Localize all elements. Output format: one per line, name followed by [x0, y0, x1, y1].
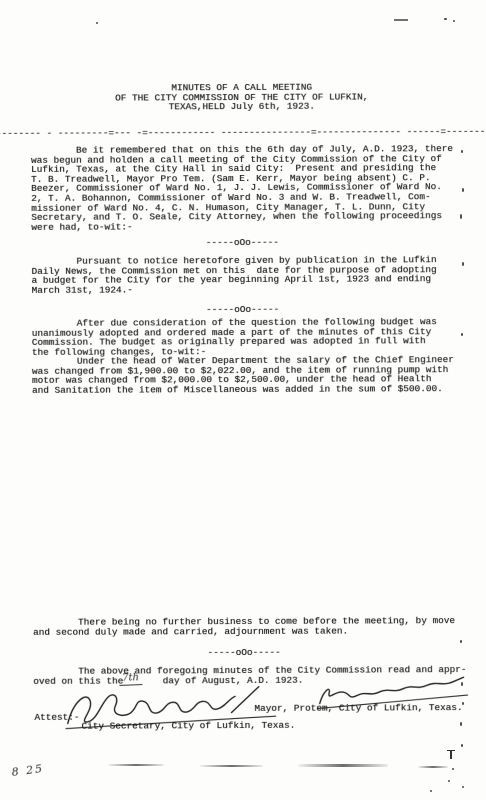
document-content: MINUTES OF A CALL MEETING OF THE CITY CO…: [0, 0, 486, 800]
scan-speck: [452, 768, 454, 770]
scan-speck: [461, 333, 463, 336]
separator-ooo-3: -----oOo-----: [1, 647, 486, 659]
paragraph-adjournment: There being no further business to come …: [33, 616, 455, 637]
scanned-document-page: MINUTES OF A CALL MEETING OF THE CITY CO…: [0, 0, 486, 800]
paragraph-notice: Pursuant to notice heretofore given by p…: [31, 255, 436, 295]
scan-smudge: [108, 764, 164, 766]
scan-speck: [394, 19, 408, 21]
scan-speck: [96, 22, 98, 24]
scan-speck: [462, 188, 464, 192]
typed-dashed-rule: -------- - ---------=--- -=------------ …: [0, 127, 486, 139]
scan-speck: [461, 682, 463, 686]
paragraph-budget: After due consideration of the question …: [32, 317, 437, 357]
scan-speck: [462, 786, 464, 788]
scan-speck: [462, 702, 464, 705]
handwritten-approval-date: 7th: [119, 672, 142, 686]
scan-speck: [430, 790, 432, 792]
scan-speck: [460, 214, 462, 219]
scan-tick-mark: [447, 750, 455, 751]
scan-smudge: [418, 766, 448, 768]
scan-tick-mark: [450, 750, 452, 759]
separator-ooo-2: -----oOo-----: [0, 304, 486, 316]
scan-speck: [453, 20, 455, 22]
scan-smudge: [298, 764, 388, 767]
scan-speck: [448, 780, 450, 782]
scan-speck: [461, 150, 463, 153]
scan-speck: [444, 18, 447, 20]
mayor-title-line: Mayor, Protem, City of Lufkin, Texas.: [254, 703, 462, 714]
scan-speck: [462, 262, 464, 266]
separator-ooo-1: -----oOo-----: [0, 237, 485, 249]
handwritten-margin-note: 8 25: [11, 762, 45, 779]
scan-speck: [460, 722, 462, 726]
paragraph-changes: Under the head of Water Department the s…: [32, 355, 454, 395]
paragraph-opening: Be it remembered that on this the 6th da…: [31, 144, 453, 232]
scan-speck: [461, 744, 463, 747]
scan-smudge: [200, 765, 263, 767]
scan-speck: [460, 640, 462, 643]
secretary-title-line: City Secretary, City of Lufkin, Texas.: [81, 721, 295, 732]
document-title-line-3: TEXAS,HELD July 6th, 1923.: [0, 101, 485, 113]
